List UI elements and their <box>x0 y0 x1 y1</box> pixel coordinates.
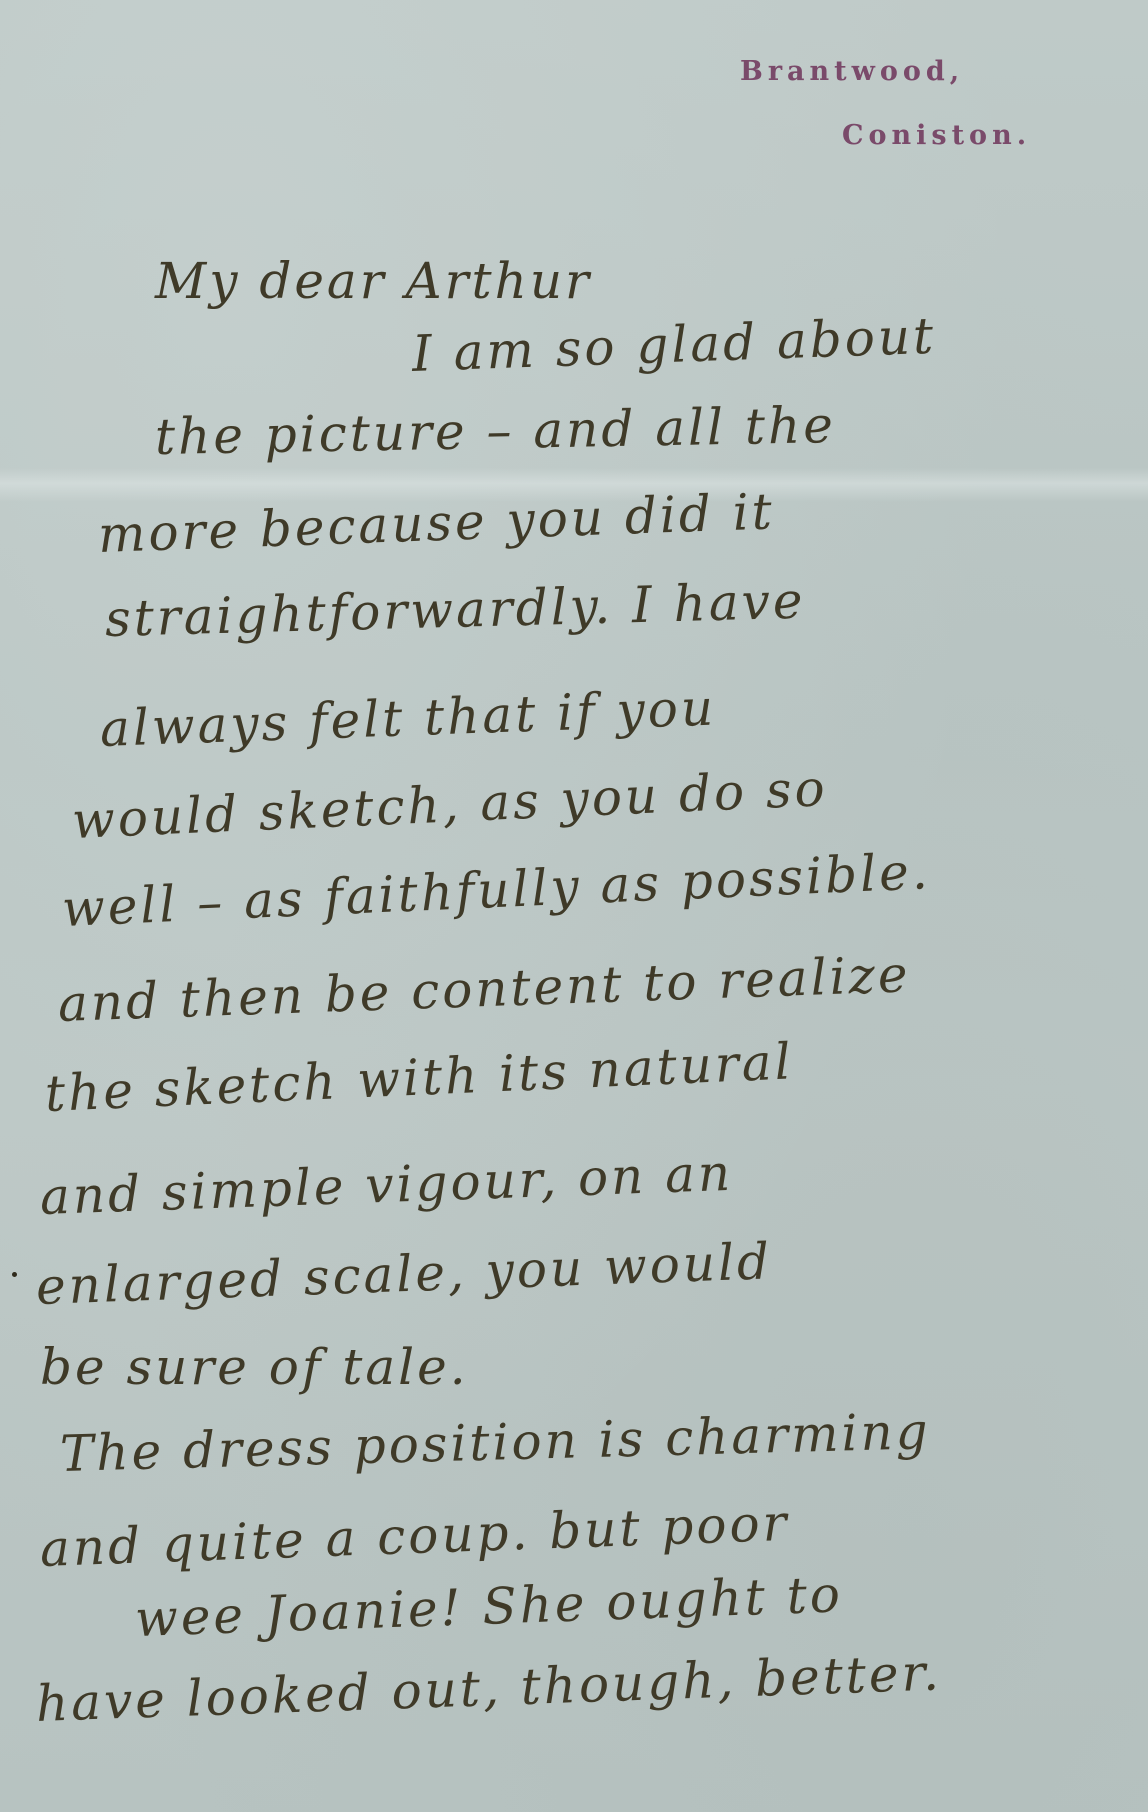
ink-dot <box>12 1272 17 1277</box>
letter-line-2: the picture – and all the <box>154 396 836 466</box>
letterhead-brantwood: Brantwood, <box>740 56 964 87</box>
letter-line-12: be sure of tale. <box>40 1338 469 1396</box>
salutation: My dear Arthur <box>155 252 592 310</box>
letterhead-coniston: Coniston. <box>842 120 1031 151</box>
